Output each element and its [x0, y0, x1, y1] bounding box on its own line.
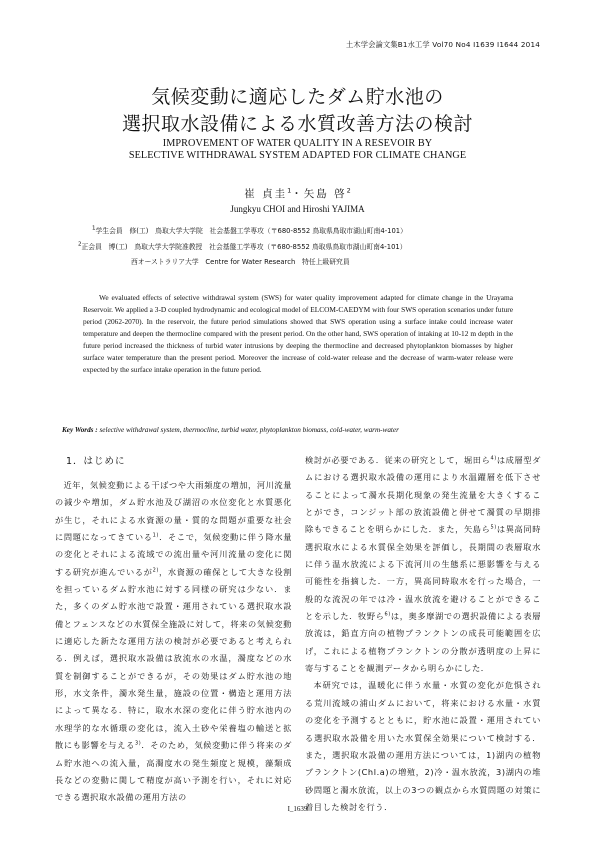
affiliation-1-text: 学生会員 修(工) 鳥取大学大学院 社会基盤工学専攻（〒680-8552 鳥取県…	[96, 227, 407, 235]
author2-superscript: 2	[347, 187, 351, 195]
keywords-text: selective withdrawal system, thermocline…	[99, 426, 398, 434]
affiliation-1: 1学生会員 修(工) 鳥取大学大学院 社会基盤工学専攻（〒680-8552 鳥取…	[0, 225, 595, 235]
author-separator: ・	[291, 188, 304, 200]
intro-paragraph-2: 本研究では，温暖化に伴う水量・水質の変化が危惧される荒川流域の浦山ダムにおいて，…	[305, 677, 541, 816]
body-column-left: 近年，気候変動による干ばつや大雨頻度の増加，河川流量の減少や増加，ダム貯水池及び…	[55, 477, 292, 807]
text-segment: は異高同時選択取水による水質保全効果を評価し，長期間の表層取水に伴う温水放流によ…	[305, 524, 541, 621]
text-segment: は成層型ダムにおける選択取水設備の運用により水温躍層を低下させることによって濁水…	[305, 455, 541, 534]
abstract-text: We evaluated effects of selective withdr…	[83, 292, 513, 376]
affiliation-2-text: 正会員 博(工) 鳥取大学大学院准教授 社会基盤工学専攻（〒680-8552 鳥…	[82, 243, 407, 251]
section-heading-introduction: 1．はじめに	[66, 453, 126, 467]
intro-paragraph-1: 近年，気候変動による干ばつや大雨頻度の増加，河川流量の減少や増加，ダム貯水池及び…	[55, 477, 292, 807]
authors-japanese: 崔 貞圭1・矢島 啓2	[0, 186, 595, 201]
author2-name: 矢島 啓	[304, 188, 347, 200]
affiliation-3-text: 西オーストラリア大学 Centre for Water Research 特任上…	[131, 258, 350, 266]
journal-header: 土木学会論文集B1水工学 Vol70 No4 I1639 I1644 2014	[346, 40, 540, 50]
affiliation-3: 西オーストラリア大学 Centre for Water Research 特任上…	[0, 256, 595, 266]
text-segment: ，水資源の確保として大きな役割を担っているダム貯水池に対する同様の研究は少ない．…	[55, 567, 292, 750]
authors-english: Jungkyu CHOI and Hiroshi YAJIMA	[0, 204, 595, 214]
affiliation-2: 2正会員 博(工) 鳥取大学大学院准教授 社会基盤工学専攻（〒680-8552 …	[0, 241, 595, 251]
body-column-right: 検討が必要である．従来の研究として，堀田ら4)は成層型ダムにおける選択取水設備の…	[305, 452, 541, 816]
title-japanese-line1: 気候変動に適応したダム貯水池の	[0, 84, 595, 111]
page-number: I_1639	[0, 805, 595, 813]
abstract: We evaluated effects of selective withdr…	[83, 292, 513, 376]
keywords: Key Words : selective withdrawal system,…	[62, 426, 542, 434]
keywords-label: Key Words :	[62, 426, 98, 434]
title-english-line1: IMPROVEMENT OF WATER QUALITY IN A RESEVO…	[0, 138, 595, 150]
text-segment: 検討が必要である．従来の研究として，堀田ら	[305, 455, 490, 465]
intro-paragraph-1-continued: 検討が必要である．従来の研究として，堀田ら4)は成層型ダムにおける選択取水設備の…	[305, 452, 541, 677]
title-english-line2: SELECTIVE WITHDRAWAL SYSTEM ADAPTED FOR …	[0, 150, 595, 162]
title-japanese-line2: 選択取水設備による水質改善方法の検討	[0, 111, 595, 138]
author1-name: 崔 貞圭	[244, 188, 287, 200]
